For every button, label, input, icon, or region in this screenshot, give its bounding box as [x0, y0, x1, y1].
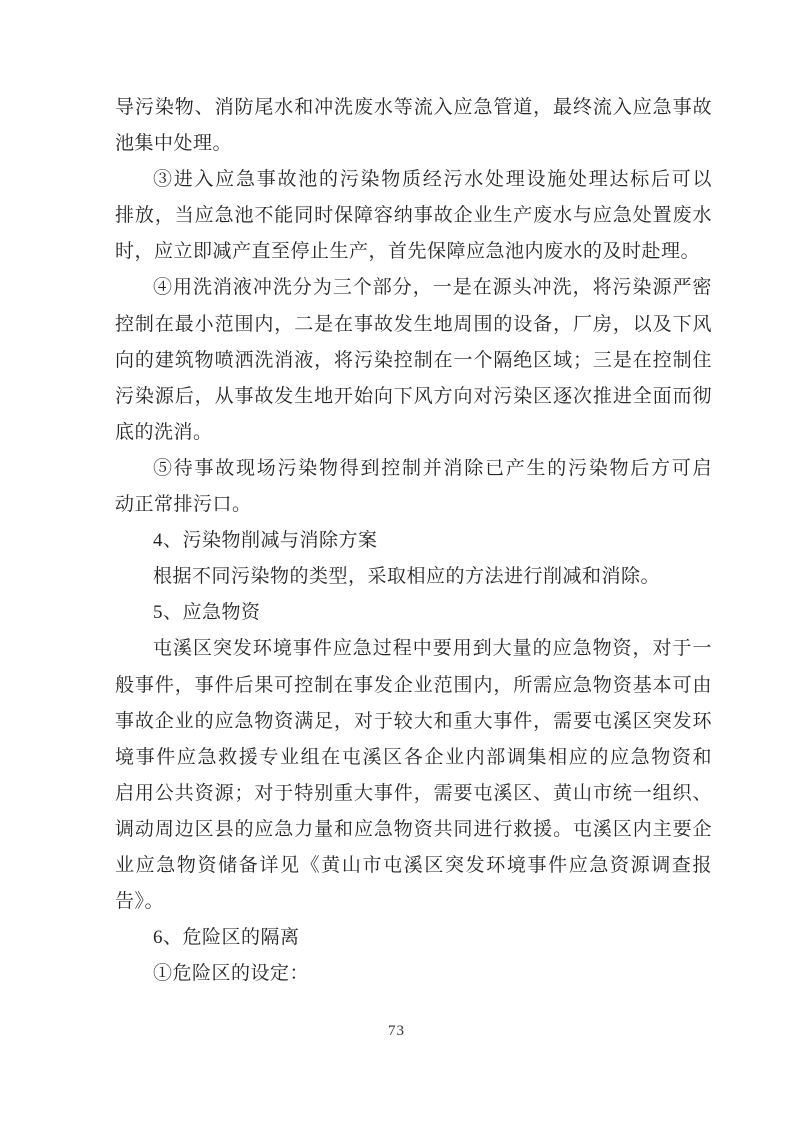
- text-line: 向的建筑物喷洒洗消液，将污染控制在一个隔绝区域；三是在控制住: [115, 343, 712, 379]
- paragraph: ④用洗消液冲洗分为三个部分，一是在源头冲洗，将污染源严密控制在最小范围内，二是在…: [115, 270, 712, 450]
- text-line: 底的洗消。: [115, 415, 712, 451]
- text-line: 时，应立即减产直至停止生产，首先保障应急池内废水的及时赴理。: [115, 234, 712, 270]
- text-line: 根据不同污染物的类型，采取相应的方法进行削减和消除。: [115, 559, 712, 595]
- text-block: 导污染物、消防尾水和冲洗废水等流入应急管道，最终流入应急事故池集中处理。③进入应…: [115, 90, 712, 992]
- section-heading: 4、污染物削减与消除方案: [115, 523, 712, 559]
- document-page: 导污染物、消防尾水和冲洗废水等流入应急管道，最终流入应急事故池集中处理。③进入应…: [0, 0, 793, 1122]
- text-line: 启用公共资源；对于特别重大事件，需要屯溪区、黄山市统一组织、: [115, 776, 712, 812]
- paragraph: ⑤待事故现场污染物得到控制并消除已产生的污染物后方可启动正常排污口。: [115, 451, 712, 523]
- text-line: 排放，当应急池不能同时保障容纳事故企业生产废水与应急处置废水: [115, 198, 712, 234]
- text-line: 动正常排污口。: [115, 487, 712, 523]
- paragraph: ③进入应急事故池的污染物质经污水处理设施处理达标后可以排放，当应急池不能同时保障…: [115, 162, 712, 270]
- text-line: 6、危险区的隔离: [115, 920, 712, 956]
- text-line: 境事件应急救援专业组在屯溪区各企业内部调集相应的应急物资和: [115, 740, 712, 776]
- paragraph: 根据不同污染物的类型，采取相应的方法进行削减和消除。: [115, 559, 712, 595]
- paragraph: 导污染物、消防尾水和冲洗废水等流入应急管道，最终流入应急事故池集中处理。: [115, 90, 712, 162]
- text-line: 导污染物、消防尾水和冲洗废水等流入应急管道，最终流入应急事故: [115, 90, 712, 126]
- text-line: 调动周边区县的应急力量和应急物资共同进行救援。屯溪区内主要企: [115, 812, 712, 848]
- text-line: 池集中处理。: [115, 126, 712, 162]
- page-number: 73: [388, 1023, 405, 1039]
- text-line: 4、污染物削减与消除方案: [115, 523, 712, 559]
- text-line: 屯溪区突发环境事件应急过程中要用到大量的应急物资，对于一: [115, 631, 712, 667]
- text-line: ⑤待事故现场污染物得到控制并消除已产生的污染物后方可启: [115, 451, 712, 487]
- text-line: ④用洗消液冲洗分为三个部分，一是在源头冲洗，将污染源严密: [115, 270, 712, 306]
- text-line: 般事件，事件后果可控制在事发企业范围内，所需应急物资基本可由: [115, 668, 712, 704]
- paragraph: ①危险区的设定：: [115, 956, 712, 992]
- paragraph: 屯溪区突发环境事件应急过程中要用到大量的应急物资，对于一般事件，事件后果可控制在…: [115, 631, 712, 920]
- section-heading: 5、应急物资: [115, 595, 712, 631]
- text-line: 业应急物资储备详见《黄山市屯溪区突发环境事件应急资源调查报: [115, 848, 712, 884]
- text-line: 污染源后，从事故发生地开始向下风方向对污染区逐次推进全面而彻: [115, 379, 712, 415]
- text-line: 控制在最小范围内，二是在事故发生地周围的设备，厂房，以及下风: [115, 307, 712, 343]
- text-line: 告》。: [115, 884, 712, 920]
- text-line: ③进入应急事故池的污染物质经污水处理设施处理达标后可以: [115, 162, 712, 198]
- section-heading: 6、危险区的隔离: [115, 920, 712, 956]
- text-line: 事故企业的应急物资满足，对于较大和重大事件，需要屯溪区突发环: [115, 704, 712, 740]
- text-line: 5、应急物资: [115, 595, 712, 631]
- text-line: ①危险区的设定：: [115, 956, 712, 992]
- page-footer: 73: [0, 1022, 793, 1040]
